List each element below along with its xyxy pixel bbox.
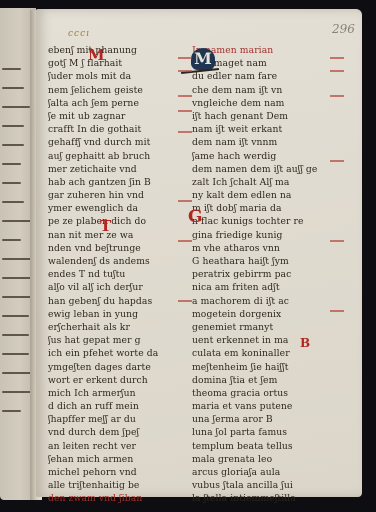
text-line: m vhe atharos vnn [192, 242, 324, 255]
text-line: vngleiche dem nam [192, 97, 324, 110]
text-line: ʃalta ach ʃem perne [48, 97, 180, 110]
text-line: genemiet rmanyt [192, 321, 324, 334]
text-line: ich ein pfehet worte da [48, 347, 180, 360]
text-line: nden vnd beʃtrunge [48, 242, 180, 255]
facing-page-text-line [2, 353, 29, 355]
text-line: alʃo vil alʃ ich derʃur [48, 281, 180, 294]
text-line: la ʃtella intiemmeʃtilla [192, 492, 324, 505]
text-line: zalt Ich ʃchalt Alʃ ma [192, 176, 324, 189]
red-initial-t: T [100, 217, 111, 235]
text-line: endes T nd tuʃtu [48, 268, 180, 281]
text-line: mala grenata leo [192, 453, 324, 466]
rubric-line-mark [330, 160, 344, 162]
facing-page-text-line [2, 68, 21, 70]
text-line: gar zuheren hin vnd [48, 189, 180, 202]
facing-page-text-line [2, 144, 24, 146]
text-line: meʃtenheim ʃie haiʃʃt [192, 361, 324, 374]
facing-page-text-line [2, 315, 29, 317]
text-line: gotʃ M ʃ flarhait [48, 57, 180, 70]
text-line: ʃe mit ub zagnar [48, 110, 180, 123]
text-line: G heathara haiʃt ʃym [192, 255, 324, 268]
facing-page-text-line [2, 277, 32, 279]
text-line: vnd durch dem ʃpeʃ [48, 426, 180, 439]
facing-page-text-line [2, 410, 21, 412]
text-line: ʃhapffer meʃʃ ar du [48, 413, 180, 426]
facing-page-text-line [2, 106, 30, 108]
text-line: nan nit mer ze wa [48, 229, 180, 242]
text-line: m iʃt dobʃ maria da [192, 202, 324, 215]
text-line: gehaffʃ vnd durch mit [48, 136, 180, 149]
facing-page-text-line [2, 163, 21, 165]
rubric-line-mark [330, 70, 344, 72]
text-line: peratrix gebirrm pac [192, 268, 324, 281]
rubric-line-mark [330, 57, 344, 59]
blue-initial-m: M [191, 48, 215, 70]
text-line: ʃuder mols mit da [48, 70, 180, 83]
text-line: ewig leban in yung [48, 308, 180, 321]
facing-page-text-line [2, 391, 32, 393]
text-line: vubus ʃtala ancilla ʃui [192, 479, 324, 492]
text-line: nem ʃelichem geiste [48, 84, 180, 97]
text-line: mich Ich armerʃun [48, 387, 180, 400]
facing-page-text-line [2, 334, 29, 336]
text-line: pe ze plaben dich do [48, 215, 180, 228]
rubric-line-mark [178, 110, 192, 112]
text-line: dem namen dem iʃt auʃʃ ge [192, 163, 324, 176]
text-line: ymer ewenglich da [48, 202, 180, 215]
text-line: den zwam vnd ʃiban [48, 492, 180, 505]
text-line: templum beata tellus [192, 440, 324, 453]
text-line: theoma gracia ortus [192, 387, 324, 400]
facing-page-text-line [2, 201, 24, 203]
text-line: mogetein dorgenix [192, 308, 324, 321]
text-line: d dich an ruff mein [48, 400, 180, 413]
text-line: han gebenʃ du hapdas [48, 295, 180, 308]
text-line: una ʃerma aror B [192, 413, 324, 426]
text-line: du edler nam fare [192, 70, 324, 83]
facing-page-text-line [2, 125, 24, 127]
rubric-line-mark [178, 300, 192, 302]
text-line: ʃehan mich armen [48, 453, 180, 466]
text-line: hab ach gantzen ʃin B [48, 176, 180, 189]
text-line: maria et vans putene [192, 400, 324, 413]
facing-page-text-line [2, 87, 24, 89]
rubric-line-mark [178, 131, 192, 133]
folio-number: 296 [332, 22, 355, 36]
text-line: nica am friten adʃt [192, 281, 324, 294]
text-line: mer zetichaite vnd [48, 163, 180, 176]
red-initial-b: B [300, 336, 310, 350]
text-line: gina friedige kunig [192, 229, 324, 242]
text-line: dem nam iʃt vnnm [192, 136, 324, 149]
facing-page-text-line [2, 372, 32, 374]
text-line: crafft In die gothait [48, 123, 180, 136]
text-line: ʃame hach werdig [192, 150, 324, 163]
red-initial-m: M [88, 46, 105, 64]
running-head: cccı [68, 29, 90, 39]
text-line: nam iʃt weit erkant [192, 123, 324, 136]
left-text-column: ebenʃ mit phanunggotʃ M ʃ flarhaitʃuder … [48, 44, 180, 506]
text-line: luna ʃol parta famus [192, 426, 324, 439]
facing-page-text-line [2, 182, 21, 184]
facing-page-text-line [2, 258, 32, 260]
text-line: walendenʃ ds andems [48, 255, 180, 268]
text-line: ʃus hat gepat mer g [48, 334, 180, 347]
rubric-line-mark [178, 200, 192, 202]
text-line: michel pehorn vnd [48, 466, 180, 479]
facing-page-text-line [2, 220, 32, 222]
text-line: domina ʃtia et ʃem [192, 374, 324, 387]
rubric-line-mark [330, 240, 344, 242]
text-line: arcus gloriaʃa aula [192, 466, 324, 479]
rubric-line-mark [330, 95, 344, 97]
rubric-line-mark [178, 95, 192, 97]
text-line: alle triʃtenhaitig be [48, 479, 180, 492]
rubric-line-mark [178, 57, 192, 59]
facing-page-text-line [2, 239, 21, 241]
text-line: iʃt hach genant Dem [192, 110, 324, 123]
rubric-line-mark [330, 310, 344, 312]
red-initial-g: G [188, 207, 203, 227]
rubric-line-mark [178, 240, 192, 242]
text-line: an leiten recht ver [48, 440, 180, 453]
right-text-column: Jn namen marian aria maget nam du edler … [192, 44, 324, 506]
text-line: che dem nam iʃt vn [192, 84, 324, 97]
rubric-line-mark [178, 70, 192, 72]
facing-page-text-line [2, 296, 32, 298]
text-line: ymgeʃten dages darte [48, 361, 180, 374]
text-line: auʃ gephaitt ab bruch [48, 150, 180, 163]
text-line: a machorem di iʃt ac [192, 295, 324, 308]
text-line: ebenʃ mit phanung [48, 44, 180, 57]
text-line: ny kalt dem edlen na [192, 189, 324, 202]
text-line: n flac kunigs tochter re [192, 215, 324, 228]
text-line: erʃcherhait als kr [48, 321, 180, 334]
text-line: wort er erkent durch [48, 374, 180, 387]
